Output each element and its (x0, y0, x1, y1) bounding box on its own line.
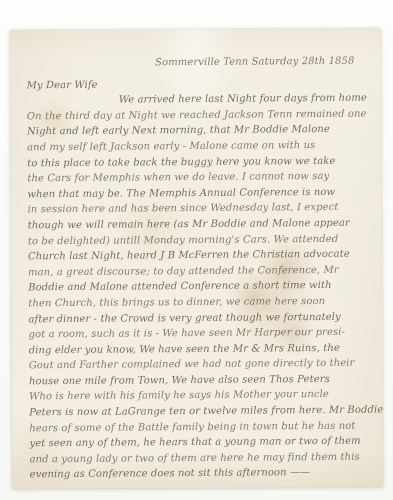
letter-text: Sommerville Tenn Saturday 28th 1858 My D… (26, 54, 371, 484)
letter-paper: Sommerville Tenn Saturday 28th 1858 My D… (10, 28, 383, 489)
letter-photo: Sommerville Tenn Saturday 28th 1858 My D… (0, 0, 393, 500)
letter-line: evening as Conference does not sit this … (30, 465, 372, 483)
letter-dateline: Sommerville Tenn Saturday 28th 1858 (26, 54, 368, 72)
letter-body: We arrived here last Night four days fro… (27, 91, 372, 484)
